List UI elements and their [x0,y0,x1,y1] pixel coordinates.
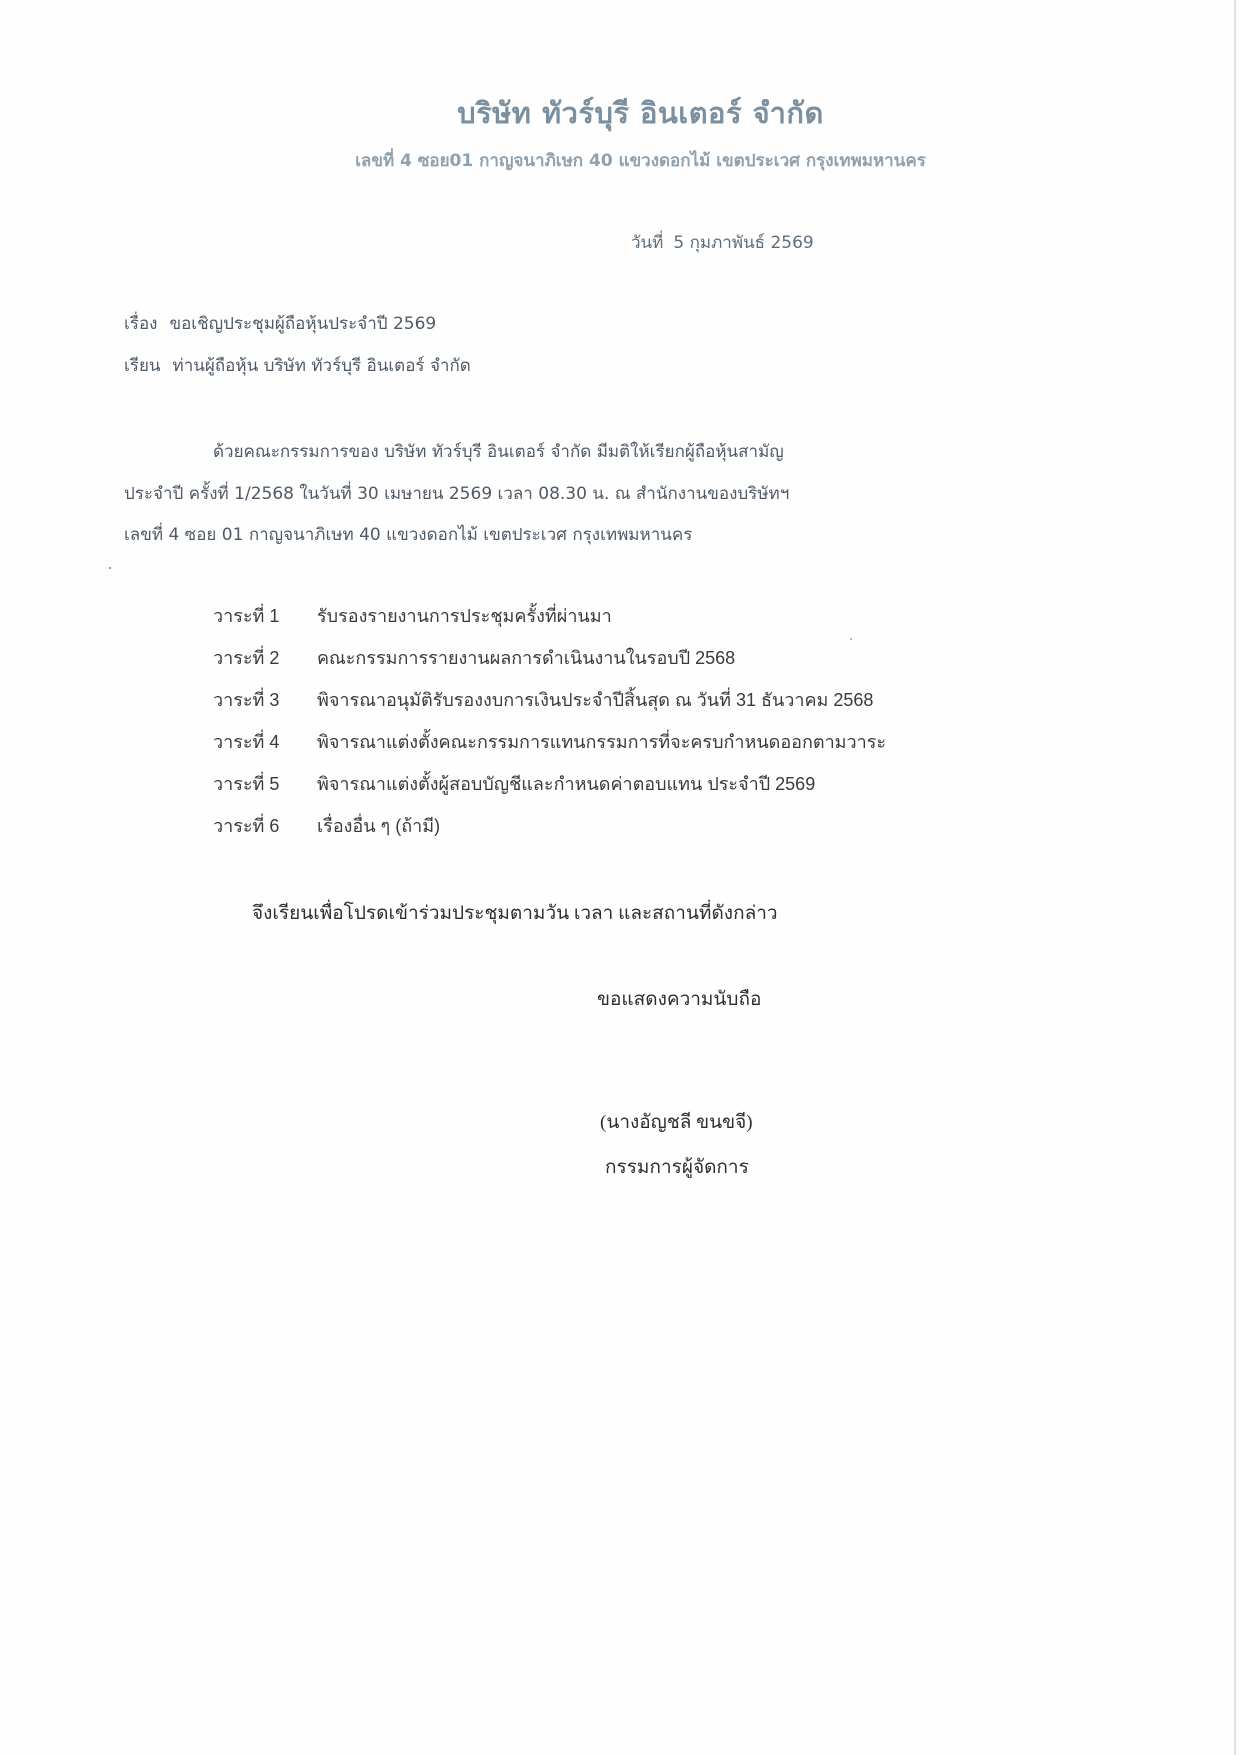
page-edge-shadow [1234,0,1236,1755]
agenda-item: วาระที่ 5 พิจารณาแต่งตั้งผู้สอบบัญชีและก… [213,769,886,811]
recipient-text: ท่านผู้ถือหุ้น บริษัท ทัวร์บุรี อินเตอร์… [173,356,471,376]
signer-title: กรรมการผู้จัดการ [605,1152,749,1182]
body-paragraph-line-1: ด้วยคณะกรรมการของ บริษัท ทัวร์บุรี อินเต… [213,438,784,465]
agenda-item: วาระที่ 4 พิจารณาแต่งตั้งคณะกรรมการแทนกร… [213,727,886,769]
date-label: วันที่ [631,233,663,253]
agenda-text: พิจารณาอนุมัติรับรองงบการเงินประจำปีสิ้น… [317,685,873,714]
company-name: บริษัท ทัวร์บุรี อินเตอร์ จำกัด [0,90,1241,136]
agenda-text: รับรองรายงานการประชุมครั้งที่ผ่านมา [317,601,612,630]
recipient-line: เรียนท่านผู้ถือหุ้น บริษัท ทัวร์บุรี อิน… [124,352,471,379]
document-page: บริษัท ทัวร์บุรี อินเตอร์ จำกัด เลขที่ 4… [0,0,1241,1755]
subject-text: ขอเชิญประชุมผู้ถือหุ้นประจำปี 2569 [169,314,436,334]
date-value: 5 กุมภาพันธ์ 2569 [673,233,813,253]
agenda-number: วาระที่ 3 [213,685,317,714]
agenda-item: วาระที่ 2 คณะกรรมการรายงานผลการดำเนินงาน… [213,643,886,685]
agenda-text: คณะกรรมการรายงานผลการดำเนินงานในรอบปี 25… [317,643,735,672]
scan-speck [109,567,111,569]
agenda-number: วาระที่ 2 [213,643,317,672]
agenda-list: วาระที่ 1 รับรองรายงานการประชุมครั้งที่ผ… [213,601,886,853]
agenda-number: วาระที่ 6 [213,811,317,840]
agenda-item: วาระที่ 3 พิจารณาอนุมัติรับรองงบการเงินป… [213,685,886,727]
letter-date: วันที่5 กุมภาพันธ์ 2569 [631,229,824,256]
recipient-label: เรียน [124,356,161,376]
closing-sentence: จึงเรียนเพื่อโปรดเข้าร่วมประชุมตามวัน เว… [252,898,778,928]
body-paragraph-line-3: เลขที่ 4 ซอย 01 กาญจนาภิเษท 40 แขวงดอกไม… [124,521,692,548]
regards: ขอแสดงความนับถือ [597,984,761,1014]
agenda-number: วาระที่ 1 [213,601,317,630]
company-address: เลขที่ 4 ซอย01 กาญจนาภิเษก 40 แขวงดอกไม้… [0,147,1241,174]
agenda-item: วาระที่ 6 เรื่องอื่น ๆ (ถ้ามี) [213,811,886,853]
signer-name: (นางอัญชลี ขนขจี) [600,1107,753,1137]
subject-label: เรื่อง [124,314,157,334]
agenda-number: วาระที่ 5 [213,769,317,798]
agenda-item: วาระที่ 1 รับรองรายงานการประชุมครั้งที่ผ… [213,601,886,643]
subject-line: เรื่องขอเชิญประชุมผู้ถือหุ้นประจำปี 2569 [124,310,436,337]
body-paragraph-line-2: ประจำปี ครั้งที่ 1/2568 ในวันที่ 30 เมษา… [124,480,789,507]
agenda-number: วาระที่ 4 [213,727,317,756]
agenda-text: พิจารณาแต่งตั้งผู้สอบบัญชีและกำหนดค่าตอบ… [317,769,815,798]
agenda-text: เรื่องอื่น ๆ (ถ้ามี) [317,811,440,840]
agenda-text: พิจารณาแต่งตั้งคณะกรรมการแทนกรรมการที่จะ… [317,727,886,756]
